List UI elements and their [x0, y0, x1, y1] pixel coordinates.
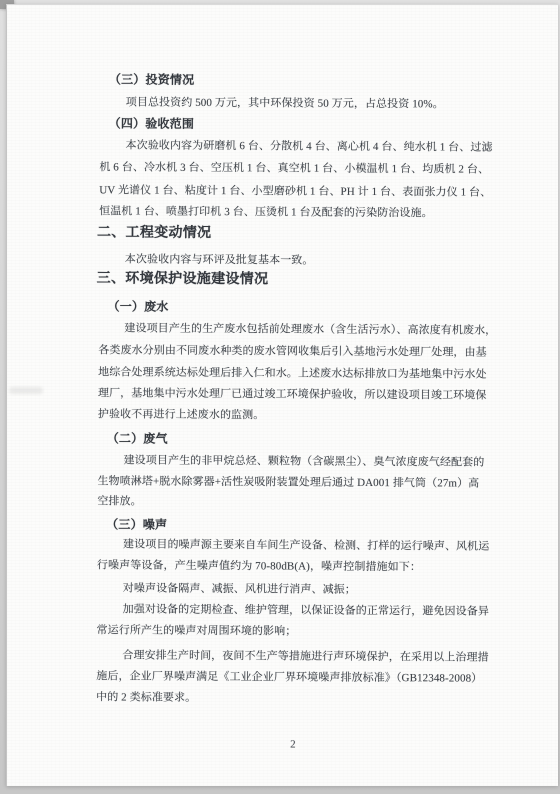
body-line: 本次验收内容为研磨机 6 台、分散机 4 台、离心机 4 台、纯水机 1 台、过… [125, 138, 492, 155]
body-line: 合理安排生产时间，夜间不生产等措施进行声环境保护，在采用以上治理措 [122, 648, 488, 665]
body-line: 地综合处理系统达标处理后排入仁和水。上述废水达标排放口为基地集中污水处 [98, 365, 487, 382]
body-line: 行噪声等设备，产生噪声值约为 70-80dB(A)，噪声控制措施如下： [97, 558, 421, 575]
section-heading-project-changes: 二、工程变动情况 [97, 225, 211, 241]
body-line: 中的 2 类标准要求。 [96, 690, 196, 706]
body-line: 理厂，基地集中污水处理厂已通过竣工环境保护验收，所以建设项目竣工环境保 [98, 386, 487, 403]
body-line: 对噪声设备隔声、减振、风机进行消声、减振； [123, 581, 356, 597]
document-content: （三）投资情况 项目总投资约 500 万元，其中环保投资 50 万元，占总投资 … [3, 5, 559, 789]
body-line: 施后，企业厂界噪声满足《工业企业厂界环境噪声排放标准》（GB12348-2008… [96, 669, 482, 686]
body-line: 恒温机 1 台、喷墨打印机 3 台、压烫机 1 台及配套的污染防治设施。 [99, 204, 433, 221]
body-line: 空排放。 [97, 494, 141, 509]
section-heading-env-facilities: 三、环境保护设施建设情况 [97, 271, 269, 287]
subsection-heading-exhaust-gas: （二）废气 [107, 431, 168, 446]
body-line: 生物喷淋塔+脱水除雾器+活性炭吸附装置处理后通过 DA001 排气筒（27m）高 [97, 474, 479, 491]
body-line: 机 6 台、冷水机 3 台、空压机 1 台、真空机 1 台、小模温机 1 台、均… [99, 160, 489, 177]
scan-background: （三）投资情况 项目总投资约 500 万元，其中环保投资 50 万元，占总投资 … [0, 0, 560, 794]
body-line: 建设项目产生的非甲烷总烃、颗粒物（含碳黑尘）、臭气浓度废气经配套的 [124, 453, 485, 470]
body-line: 建设项目的噪声源主要来自车间生产设备、检测、打样的运行噪声、风机运 [123, 537, 489, 554]
page-number: 2 [273, 738, 313, 750]
body-line: 护验收不再进行上述废水的监测。 [98, 407, 265, 423]
subsection-heading-investment: （三）投资情况 [109, 72, 194, 88]
body-line: 各类废水分别由不同废水种类的废水管网收集后引入基地污水处理厂处理，由基 [98, 343, 487, 360]
body-line: 常运行所产生的噪声对周围环境的影响； [96, 623, 296, 639]
body-line: 项目总投资约 500 万元，其中环保投资 50 万元，占总投资 10%。 [126, 95, 444, 112]
body-line: 本次验收内容与环评及批复基本一致。 [125, 252, 314, 268]
subsection-heading-wastewater: （一）废水 [107, 299, 168, 314]
body-line: 建设项目产生的生产废水包括前处理废水（含生活污水）、高浓度有机废水， [124, 321, 496, 338]
body-line: UV 光谱仪 1 台、粘度计 1 台、小型磨砂机 1 台、PH 计 1 台、表面… [99, 183, 491, 200]
subsection-heading-scope: （四）验收范围 [109, 116, 194, 132]
document-page: （三）投资情况 项目总投资约 500 万元，其中环保投资 50 万元，占总投资 … [6, 4, 558, 786]
body-line: 加强对设备的定期检查、维护管理，以保证设备的正常运行，避免因设备异 [123, 602, 489, 619]
subsection-heading-noise: （三）噪声 [106, 517, 167, 532]
